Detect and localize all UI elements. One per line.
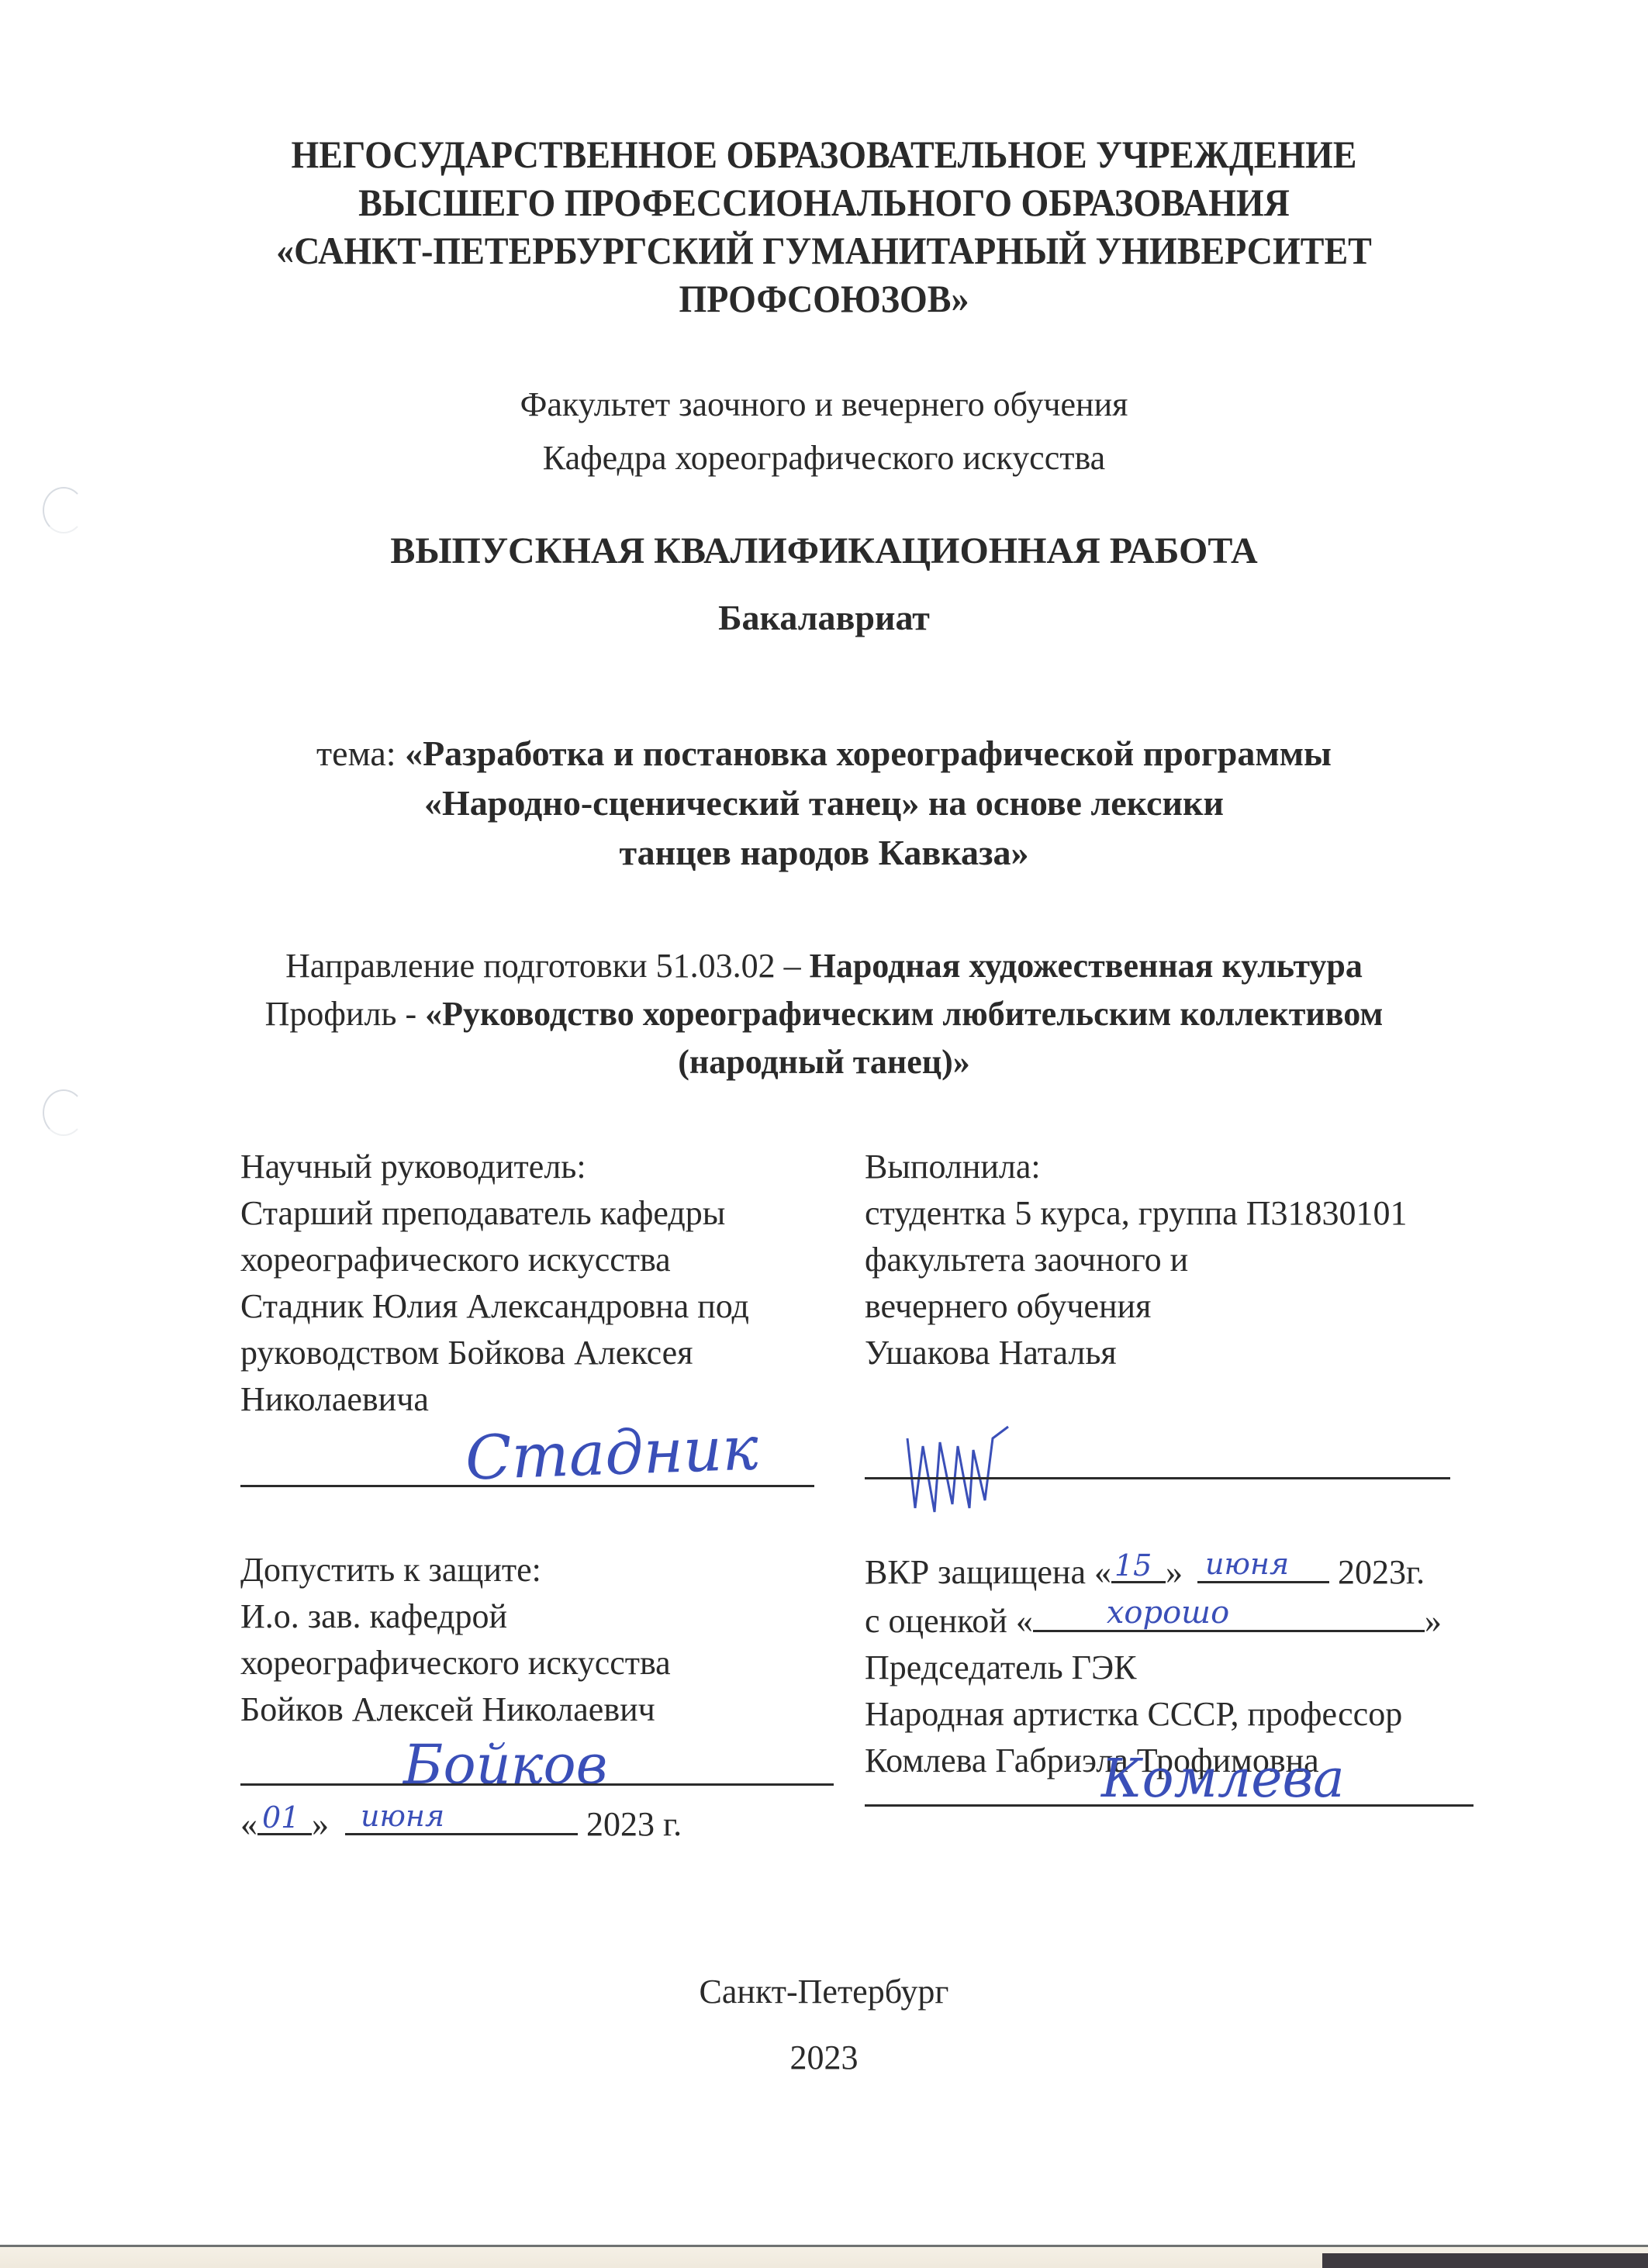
theme-title-2: «Народно-сценический танец» на основе ле… [0,778,1648,828]
theme-title-1: «Разработка и постановка хореографическо… [405,734,1332,773]
theme: тема: «Разработка и постановка хореограф… [0,729,1648,878]
punch-hole-bottom [43,1089,85,1136]
profile-line: Профиль - «Руководство хореографическим … [0,990,1648,1038]
admission-heading: Допустить к защите: [240,1547,671,1593]
supervisor-line-1: Старший преподаватель кафедры [240,1190,749,1237]
work-type: ВЫПУСКНАЯ КВАЛИФИКАЦИОННАЯ РАБОТА [0,530,1648,572]
defense-date-line: ВКР защищена «15» июня 2023г. [865,1547,1442,1596]
supervisor-block: Научный руководитель: Старший преподават… [240,1144,749,1423]
supervisor-line-4: руководством Бойкова Алексея [240,1330,749,1376]
degree: Бакалавриат [0,597,1648,638]
footer-year: 2023 [0,2035,1648,2080]
defense-close-quote: » [1166,1553,1183,1591]
admission-block: Допустить к защите: И.о. зав. кафедрой х… [240,1547,671,1733]
chair-rank: Народная артистка СССР, профессор [865,1691,1442,1738]
direction-label: Направление подготовки 51.03.02 – [285,947,810,985]
admission-signature-line [240,1783,834,1786]
direction-value: Народная художественная культура [810,947,1363,985]
supervisor-line-5: Николаевича [240,1376,749,1423]
grade-close: » [1425,1602,1442,1640]
faculty: Факультет заочного и вечернего обучения [0,382,1648,427]
student-block: Выполнила: студентка 5 курса, группа П31… [865,1144,1408,1376]
admission-line-2: хореографического искусства [240,1640,671,1686]
profile-value-1: «Руководство хореографическим любительск… [425,995,1383,1033]
defense-year: 2023г. [1338,1553,1425,1591]
admission-date-year: 2023 г. [586,1805,682,1843]
student-heading: Выполнила: [865,1144,1408,1190]
title-page: НЕГОСУДАРСТВЕННОЕ ОБРАЗОВАТЕЛЬНОЕ УЧРЕЖД… [0,0,1648,2268]
punch-hole-top [43,487,85,533]
admission-signature: Бойков [403,1733,607,1797]
chair-signature-line [865,1804,1474,1807]
admission-date-close: » [312,1805,329,1843]
supervisor-line-3: Стадник Юлия Александровна под [240,1283,749,1330]
direction-profile: Направление подготовки 51.03.02 – Народн… [0,942,1648,1086]
institution-header: НЕГОСУДАРСТВЕННОЕ ОБРАЗОВАТЕЛЬНОЕ УЧРЕЖД… [0,130,1648,323]
footer-city: Санкт-Петербург [0,1969,1648,2014]
student-line-1: студентка 5 курса, группа П31830101 [865,1190,1408,1237]
defense-day: 15 [1114,1542,1152,1589]
header-line-2: ВЫСШЕГО ПРОФЕССИОНАЛЬНОГО ОБРАЗОВАНИЯ [66,178,1582,226]
admission-date-day: 01 [262,1794,299,1841]
header-line-4: ПРОФСОЮЗОВ» [66,274,1582,323]
chair-title: Председатель ГЭК [865,1645,1442,1691]
profile-value-2: (народный танец)» [0,1038,1648,1086]
grade-value: хорошо [1107,1590,1229,1636]
theme-title-3: танцев народов Кавказа» [0,828,1648,878]
student-signature-line [865,1477,1450,1479]
direction-line: Направление подготовки 51.03.02 – Народн… [0,942,1648,990]
theme-line-1: тема: «Разработка и постановка хореограф… [0,729,1648,778]
grade-label: с оценкой « [865,1602,1033,1640]
defense-label: ВКР защищена « [865,1553,1111,1591]
profile-label: Профиль - [265,995,426,1033]
theme-prefix: тема: [316,734,405,773]
student-line-3: вечернего обучения [865,1283,1408,1330]
chair-signature: Комлева [1101,1748,1345,1810]
department: Кафедра хореографического искусства [0,436,1648,481]
admission-date: «01» июня 2023 г. [240,1799,682,1848]
student-signature [892,1423,1016,1516]
supervisor-heading: Научный руководитель: [240,1144,749,1190]
defense-grade-line: с оценкой «хорошо» [865,1596,1442,1645]
supervisor-signature: Стадник [465,1414,760,1493]
header-line-1: НЕГОСУДАРСТВЕННОЕ ОБРАЗОВАТЕЛЬНОЕ УЧРЕЖД… [66,130,1582,178]
admission-line-1: И.о. зав. кафедрой [240,1593,671,1640]
supervisor-signature-line [240,1485,814,1487]
student-line-4: Ушакова Наталья [865,1330,1408,1376]
admission-date-open: « [240,1805,257,1843]
admission-date-month: июня [361,1793,444,1839]
supervisor-line-2: хореографического искусства [240,1237,749,1283]
scan-edge-shadow [1322,2253,1648,2268]
header-line-3: «САНКТ-ПЕТЕРБУРГСКИЙ ГУМАНИТАРНЫЙ УНИВЕР… [66,226,1582,274]
student-line-2: факультета заочного и [865,1237,1408,1283]
admission-line-3: Бойков Алексей Николаевич [240,1686,671,1733]
defense-month: июня [1205,1541,1289,1587]
